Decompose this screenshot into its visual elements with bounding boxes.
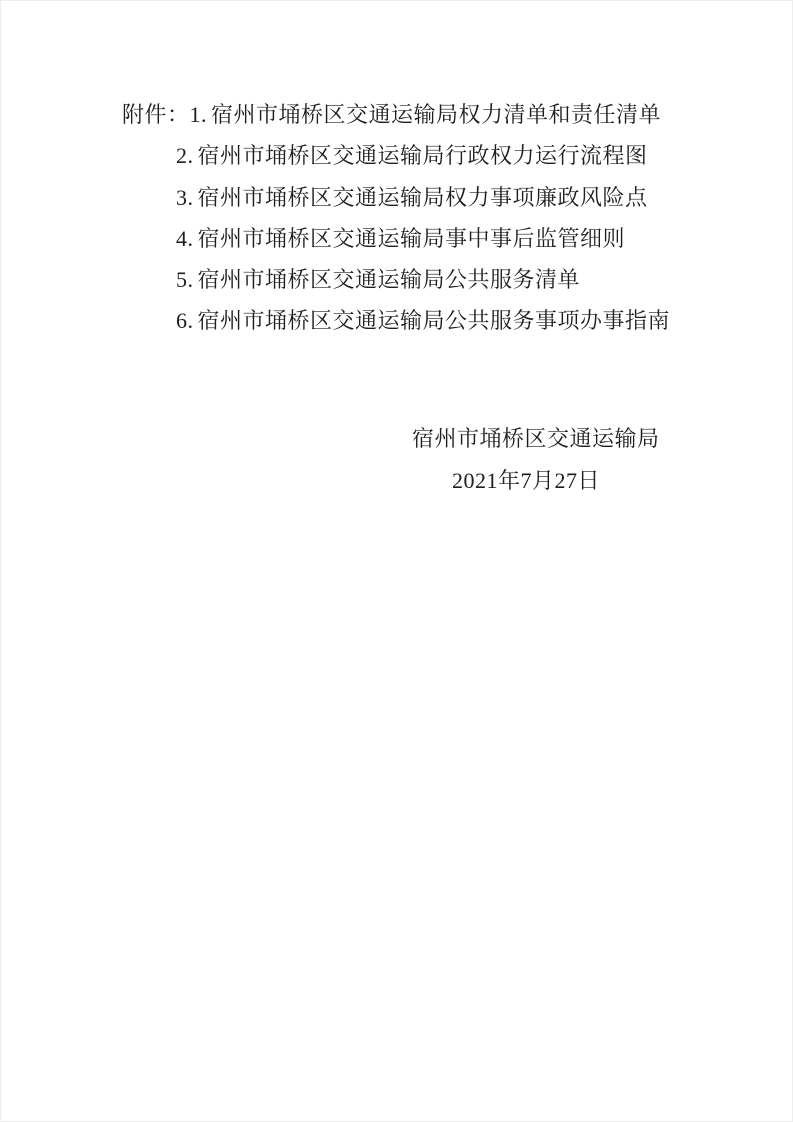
- attachment-text: 宿州市埇桥区交通运输局权力事项廉政风险点: [198, 185, 648, 210]
- attachment-number: 5.: [176, 267, 194, 292]
- attachment-list: 附件：1.宿州市埇桥区交通运输局权力清单和责任清单 2.宿州市埇桥区交通运输局行…: [122, 94, 682, 342]
- attachment-number: 4.: [176, 226, 194, 251]
- attachment-text: 宿州市埇桥区交通运输局公共服务清单: [198, 267, 581, 292]
- attachment-number: 2.: [176, 143, 194, 168]
- attachment-text: 宿州市埇桥区交通运输局权力清单和责任清单: [211, 102, 661, 127]
- attachment-number: 1.: [190, 102, 208, 127]
- attachment-item: 4.宿州市埇桥区交通运输局事中事后监管细则: [176, 218, 682, 259]
- issue-date: 2021年7月27日: [452, 460, 600, 501]
- attachment-item: 5.宿州市埇桥区交通运输局公共服务清单: [176, 259, 682, 300]
- issuing-agency-signature: 宿州市埇桥区交通运输局: [412, 418, 660, 459]
- attachment-text: 宿州市埇桥区交通运输局事中事后监管细则: [198, 226, 626, 251]
- attachment-number: 3.: [176, 185, 194, 210]
- attachment-text: 宿州市埇桥区交通运输局行政权力运行流程图: [198, 143, 648, 168]
- attachment-item: 6.宿州市埇桥区交通运输局公共服务事项办事指南: [176, 300, 682, 341]
- attachment-item: 3.宿州市埇桥区交通运输局权力事项廉政风险点: [176, 177, 682, 218]
- attachment-label: 附件：: [122, 102, 190, 127]
- attachment-number: 6.: [176, 308, 194, 333]
- attachment-text: 宿州市埇桥区交通运输局公共服务事项办事指南: [198, 308, 671, 333]
- attachment-item: 2.宿州市埇桥区交通运输局行政权力运行流程图: [176, 135, 682, 176]
- document-page: 附件：1.宿州市埇桥区交通运输局权力清单和责任清单 2.宿州市埇桥区交通运输局行…: [0, 0, 793, 1122]
- attachment-item: 附件：1.宿州市埇桥区交通运输局权力清单和责任清单: [122, 94, 682, 135]
